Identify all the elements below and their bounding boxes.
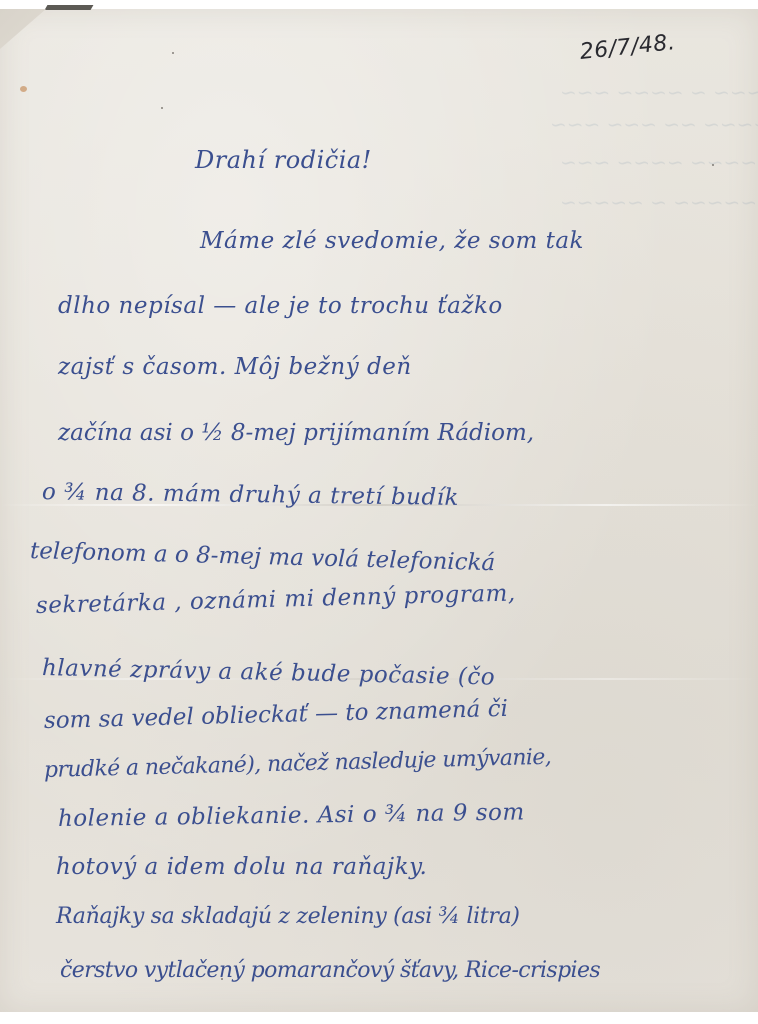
letter-line: hotový a idem dolu na raňajky.	[56, 856, 427, 879]
bleed-through-text: ~~~~~ ~~ ~~~ ~~~	[550, 112, 758, 136]
letter-greeting: Drahí rodičia!	[195, 148, 372, 172]
bleed-through-text: ~~~~~ ~ ~~~~~	[560, 190, 757, 214]
paper-speck	[172, 52, 174, 54]
letter-line: začína asi o ½ 8-mej prijímaním Rádiom,	[58, 422, 534, 445]
letter-line: zajsť s časom. Môj bežný deň	[58, 356, 412, 379]
bleed-through-text: ~~~ ~ ~~~~ ~~~	[560, 80, 758, 104]
bleed-through-text: ~~~~~~ ~~~~ ~~~	[560, 150, 758, 174]
letter-line: Raňajky sa skladajú z zeleniny (asi ¾ li…	[56, 906, 520, 928]
paper-stain	[20, 86, 27, 92]
scan-bottom-margin	[0, 1012, 758, 1024]
paper-top-edge	[45, 5, 94, 10]
scanned-letter: ~~~ ~ ~~~~ ~~~ ~~~~~ ~~ ~~~ ~~~ ~~~~~~ ~…	[0, 0, 758, 1024]
paper-speck	[161, 107, 163, 109]
paper-speck	[712, 164, 714, 166]
letter-line: čerstvo vytlačený pomarančový šťavy, Ric…	[60, 960, 600, 982]
letter-line: o ¾ na 8. mám druhý a tretí budík	[42, 481, 459, 510]
letter-line: Máme zlé svedomie, že som tak	[200, 230, 584, 253]
letter-line: dlho nepísal — ale je to trochu ťažko	[58, 295, 503, 318]
